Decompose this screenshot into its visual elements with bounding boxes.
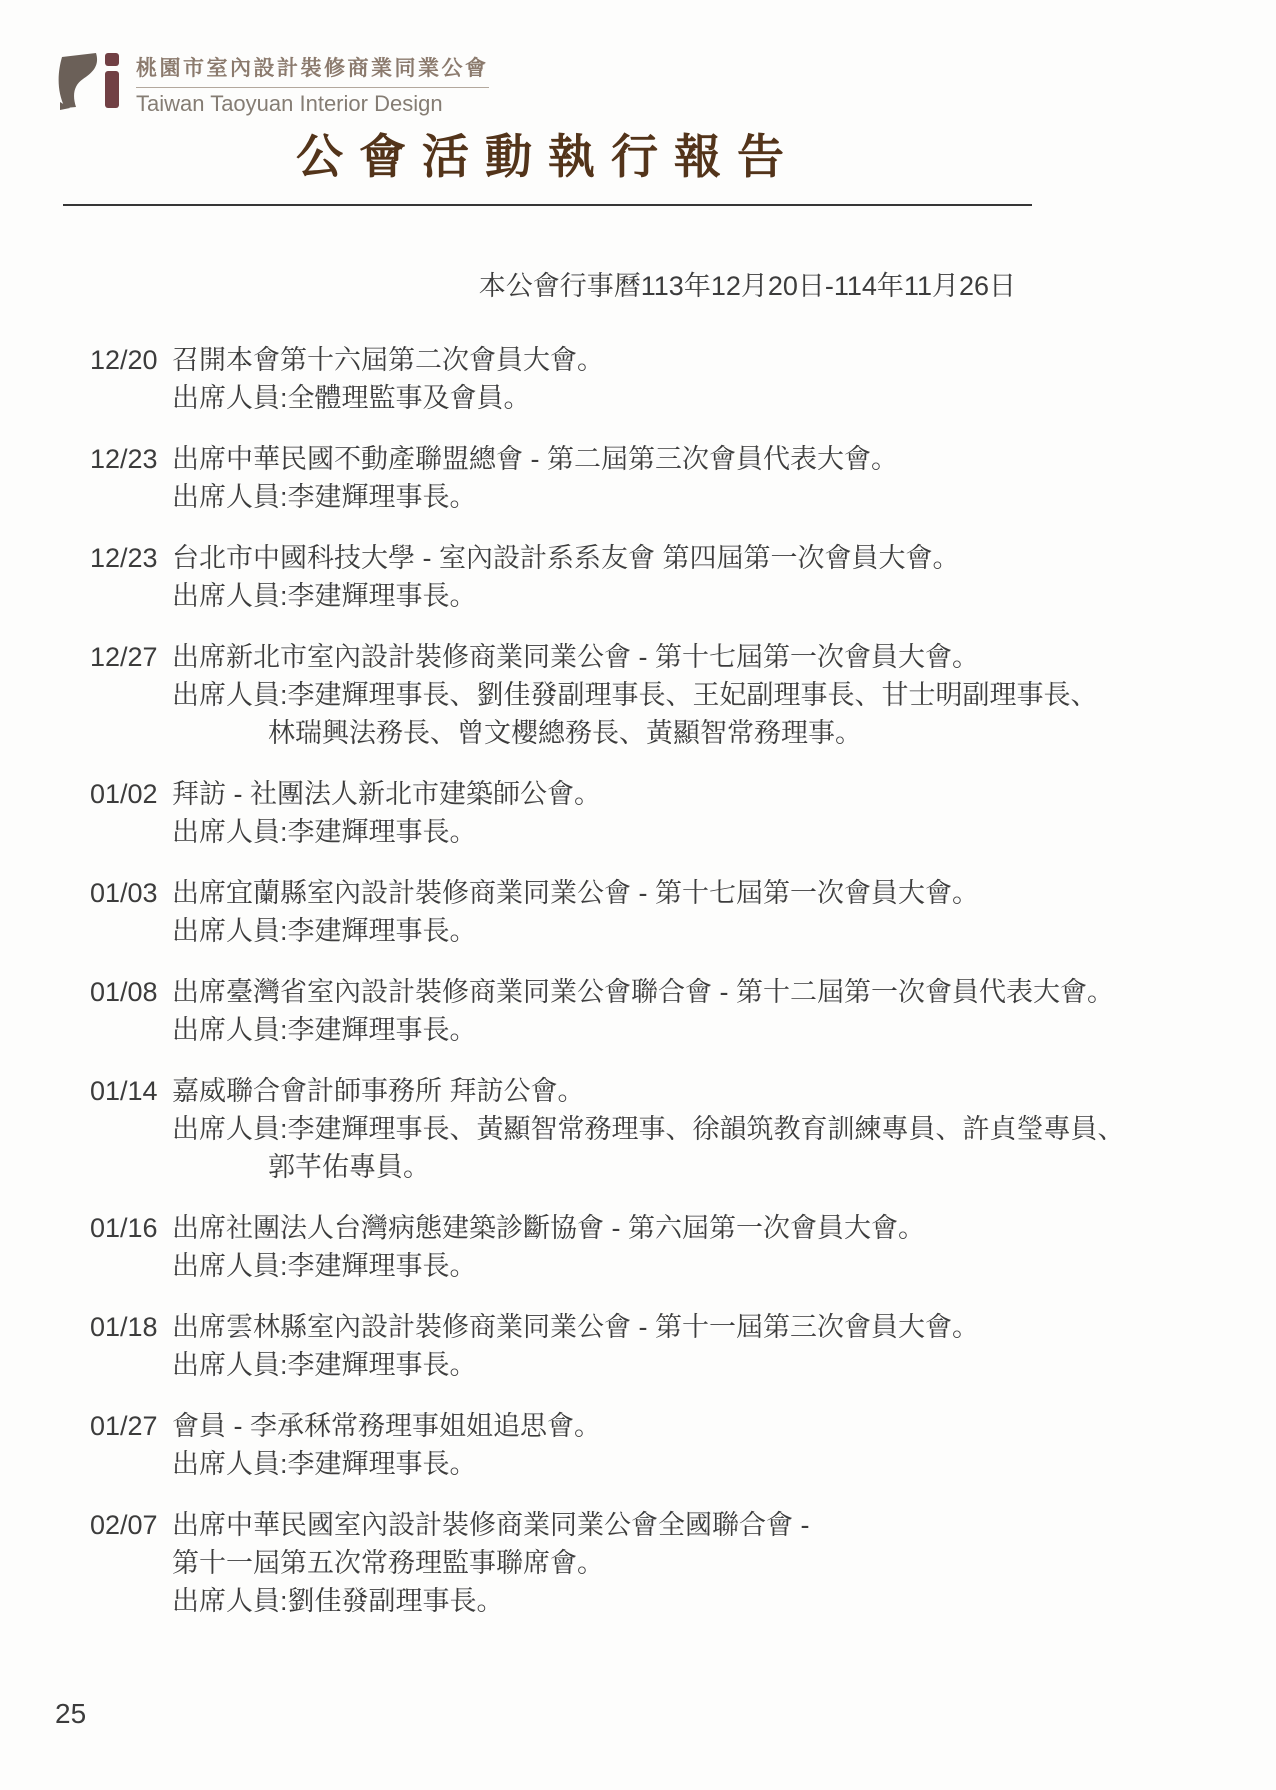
activity-entry: 01/18 出席雲林縣室內設計裝修商業同業公會 - 第十一屆第三次會員大會。出席… — [90, 1308, 1246, 1384]
entry-line: 出席人員:李建輝理事長。 — [172, 813, 1246, 851]
entry-line: 出席人員:劉佳發副理事長。 — [172, 1582, 1246, 1620]
entry-date: 01/14 — [90, 1072, 172, 1186]
activity-entry: 12/27 出席新北市室內設計裝修商業同業公會 - 第十七屆第一次會員大會。出席… — [90, 638, 1246, 752]
entries-list: 12/20 召開本會第十六屆第二次會員大會。出席人員:全體理監事及會員。 12/… — [90, 341, 1246, 1643]
entry-date: 01/03 — [90, 874, 172, 950]
entry-date: 01/08 — [90, 973, 172, 1049]
entry-content: 出席臺灣省室內設計裝修商業同業公會聯合會 - 第十二屆第一次會員代表大會。出席人… — [172, 973, 1246, 1049]
entry-date: 12/27 — [90, 638, 172, 752]
activity-entry: 01/03 出席宜蘭縣室內設計裝修商業同業公會 - 第十七屆第一次會員大會。出席… — [90, 874, 1246, 950]
entry-content: 召開本會第十六屆第二次會員大會。出席人員:全體理監事及會員。 — [172, 341, 1246, 417]
entry-line: 出席社團法人台灣病態建築診斷協會 - 第六屆第一次會員大會。 — [172, 1209, 1246, 1247]
association-name-en: Taiwan Taoyuan Interior Design — [136, 88, 489, 117]
page-title: 公會活動執行報告 — [0, 120, 1096, 187]
entry-line: 郭芊佑專員。 — [172, 1148, 1246, 1186]
association-logo: 桃園市室內設計裝修商業同業公會 Taiwan Taoyuan Interior … — [58, 50, 489, 117]
entry-line: 出席人員:李建輝理事長。 — [172, 577, 1246, 615]
entry-content: 會員 - 李承秝常務理事姐姐追思會。出席人員:李建輝理事長。 — [172, 1407, 1246, 1483]
entry-content: 拜訪 - 社團法人新北市建築師公會。出席人員:李建輝理事長。 — [172, 775, 1246, 851]
entry-line: 出席人員:李建輝理事長、劉佳發副理事長、王妃副理事長、甘士明副理事長、 — [172, 676, 1246, 714]
entry-content: 出席宜蘭縣室內設計裝修商業同業公會 - 第十七屆第一次會員大會。出席人員:李建輝… — [172, 874, 1246, 950]
page-number: 25 — [55, 1698, 86, 1730]
activity-entry: 01/27 會員 - 李承秝常務理事姐姐追思會。出席人員:李建輝理事長。 — [90, 1407, 1246, 1483]
entry-line: 出席新北市室內設計裝修商業同業公會 - 第十七屆第一次會員大會。 — [172, 638, 1246, 676]
activity-entry: 01/14 嘉威聯合會計師事務所 拜訪公會。出席人員:李建輝理事長、黃顯智常務理… — [90, 1072, 1246, 1186]
entry-line: 出席宜蘭縣室內設計裝修商業同業公會 - 第十七屆第一次會員大會。 — [172, 874, 1246, 912]
entry-content: 出席中華民國不動產聯盟總會 - 第二屆第三次會員代表大會。出席人員:李建輝理事長… — [172, 440, 1246, 516]
entry-content: 台北市中國科技大學 - 室內設計系系友會 第四屆第一次會員大會。出席人員:李建輝… — [172, 539, 1246, 615]
calendar-range-note: 本公會行事曆113年12月20日-114年11月26日 — [0, 264, 1016, 303]
association-logo-text: 桃園市室內設計裝修商業同業公會 Taiwan Taoyuan Interior … — [136, 50, 489, 117]
association-logo-icon — [58, 50, 122, 110]
entry-line: 出席中華民國室內設計裝修商業同業公會全國聯合會 - — [172, 1506, 1246, 1544]
entry-date: 01/27 — [90, 1407, 172, 1483]
title-divider — [63, 204, 1032, 206]
entry-line: 拜訪 - 社團法人新北市建築師公會。 — [172, 775, 1246, 813]
entry-content: 出席雲林縣室內設計裝修商業同業公會 - 第十一屆第三次會員大會。出席人員:李建輝… — [172, 1308, 1246, 1384]
entry-date: 01/18 — [90, 1308, 172, 1384]
activity-entry: 01/08 出席臺灣省室內設計裝修商業同業公會聯合會 - 第十二屆第一次會員代表… — [90, 973, 1246, 1049]
activity-entry: 01/02 拜訪 - 社團法人新北市建築師公會。出席人員:李建輝理事長。 — [90, 775, 1246, 851]
entry-content: 出席新北市室內設計裝修商業同業公會 - 第十七屆第一次會員大會。出席人員:李建輝… — [172, 638, 1246, 752]
entry-date: 01/02 — [90, 775, 172, 851]
association-name-zh: 桃園市室內設計裝修商業同業公會 — [136, 52, 489, 88]
entry-line: 出席人員:李建輝理事長。 — [172, 478, 1246, 516]
entry-line: 出席人員:李建輝理事長。 — [172, 1445, 1246, 1483]
entry-line: 出席人員:李建輝理事長。 — [172, 912, 1246, 950]
entry-line: 會員 - 李承秝常務理事姐姐追思會。 — [172, 1407, 1246, 1445]
entry-line: 嘉威聯合會計師事務所 拜訪公會。 — [172, 1072, 1246, 1110]
entry-content: 出席中華民國室內設計裝修商業同業公會全國聯合會 -第十一屆第五次常務理監事聯席會… — [172, 1506, 1246, 1620]
entry-line: 林瑞興法務長、曾文櫻總務長、黃顯智常務理事。 — [172, 714, 1246, 752]
entry-date: 12/20 — [90, 341, 172, 417]
entry-date: 02/07 — [90, 1506, 172, 1620]
entry-line: 出席中華民國不動產聯盟總會 - 第二屆第三次會員代表大會。 — [172, 440, 1246, 478]
entry-line: 出席人員:李建輝理事長。 — [172, 1346, 1246, 1384]
entry-date: 01/16 — [90, 1209, 172, 1285]
activity-entry: 01/16 出席社團法人台灣病態建築診斷協會 - 第六屆第一次會員大會。出席人員… — [90, 1209, 1246, 1285]
entry-line: 出席雲林縣室內設計裝修商業同業公會 - 第十一屆第三次會員大會。 — [172, 1308, 1246, 1346]
entry-line: 出席人員:全體理監事及會員。 — [172, 379, 1246, 417]
entry-line: 出席人員:李建輝理事長。 — [172, 1011, 1246, 1049]
activity-entry: 12/23 台北市中國科技大學 - 室內設計系系友會 第四屆第一次會員大會。出席… — [90, 539, 1246, 615]
entry-line: 出席人員:李建輝理事長。 — [172, 1247, 1246, 1285]
entry-content: 嘉威聯合會計師事務所 拜訪公會。出席人員:李建輝理事長、黃顯智常務理事、徐韻筑教… — [172, 1072, 1246, 1186]
entry-line: 出席臺灣省室內設計裝修商業同業公會聯合會 - 第十二屆第一次會員代表大會。 — [172, 973, 1246, 1011]
entry-content: 出席社團法人台灣病態建築診斷協會 - 第六屆第一次會員大會。出席人員:李建輝理事… — [172, 1209, 1246, 1285]
document-page: 桃園市室內設計裝修商業同業公會 Taiwan Taoyuan Interior … — [0, 0, 1276, 1790]
entry-line: 台北市中國科技大學 - 室內設計系系友會 第四屆第一次會員大會。 — [172, 539, 1246, 577]
activity-entry: 02/07 出席中華民國室內設計裝修商業同業公會全國聯合會 -第十一屆第五次常務… — [90, 1506, 1246, 1620]
activity-entry: 12/23 出席中華民國不動產聯盟總會 - 第二屆第三次會員代表大會。出席人員:… — [90, 440, 1246, 516]
entry-line: 召開本會第十六屆第二次會員大會。 — [172, 341, 1246, 379]
activity-entry: 12/20 召開本會第十六屆第二次會員大會。出席人員:全體理監事及會員。 — [90, 341, 1246, 417]
entry-date: 12/23 — [90, 539, 172, 615]
entry-line: 第十一屆第五次常務理監事聯席會。 — [172, 1544, 1246, 1582]
entry-date: 12/23 — [90, 440, 172, 516]
entry-line: 出席人員:李建輝理事長、黃顯智常務理事、徐韻筑教育訓練專員、許貞瑩專員、 — [172, 1110, 1246, 1148]
